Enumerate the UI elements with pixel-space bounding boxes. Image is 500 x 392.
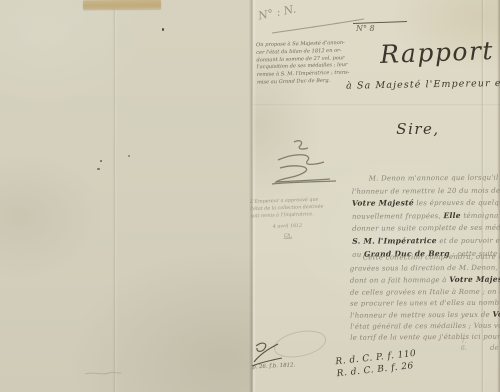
archival-note-flourish bbox=[270, 16, 368, 36]
document-number-text: N° 8 bbox=[356, 24, 375, 33]
line-text: le tarif de la vente que j'établis ici p… bbox=[350, 333, 500, 342]
body-line: Votre Majesté les épreuves de quelques m… bbox=[352, 196, 500, 210]
highlight-votre-majeste: Votre Majesté bbox=[352, 198, 414, 207]
line-text: de celles gravées en Italie à Rome ; on … bbox=[350, 287, 500, 296]
body-paragraph-2: Cette collection comprendra, outre les m… bbox=[350, 251, 500, 344]
pencil-minute-note: L'Empereur a approuvé que l'état de la c… bbox=[250, 196, 325, 241]
margin-abstract: On propose à Sa Majesté d'annon- cer l'é… bbox=[256, 40, 350, 87]
document-number: N° 8 bbox=[356, 16, 375, 35]
body-line: S. M. l'Impératrice et de pourvoir en mê… bbox=[352, 234, 500, 248]
ink-speck bbox=[100, 160, 102, 162]
body-line: dont on a fait hommage à Votre Majesté e… bbox=[350, 274, 500, 288]
folio-marks: 7. 6. bbox=[461, 338, 467, 352]
line-text: se procurer les unes et d'elles au nombr… bbox=[350, 298, 500, 307]
body-line: se procurer les unes et d'elles au nombr… bbox=[350, 297, 500, 310]
body-line: l'honneur de mettre sous les yeux de Vot… bbox=[350, 308, 500, 322]
line-text: témoigna l'intention de bbox=[461, 211, 500, 220]
body-line: l'état général de ces médailles ; Vous v… bbox=[350, 321, 500, 334]
minute-date: 4 avril 1812 bbox=[251, 222, 324, 232]
body-line: nouvellement frappées, Elle témoigna l'i… bbox=[352, 209, 500, 223]
line-text: l'état général de ces médailles ; Vous v… bbox=[350, 322, 500, 331]
line-text: Cette collection comprendra, outre les m… bbox=[363, 252, 500, 261]
salutation: Sire, bbox=[396, 120, 439, 138]
body-line: de celles gravées en Italie à Rome ; on … bbox=[350, 286, 500, 299]
ink-speck bbox=[97, 168, 100, 170]
folio-mark: 6. bbox=[461, 345, 467, 352]
body-line: Cette collection comprendra, outre les m… bbox=[350, 251, 500, 264]
body-paragraph-1: M. Denon m'annonce que lorsqu'il a eu l'… bbox=[352, 171, 500, 261]
line-text: donner une suite complette de ses médail… bbox=[352, 224, 500, 233]
line-text: nouvellement frappées, bbox=[352, 212, 443, 221]
line-text: gravées sous la direction de M. Denon, d… bbox=[350, 264, 500, 273]
body-line: le tarif de la vente que j'établis ici p… bbox=[350, 332, 500, 345]
folio-mark: 7. bbox=[461, 338, 467, 345]
catchword: de bbox=[490, 344, 499, 352]
tape-repair bbox=[83, 0, 161, 9]
manuscript-photo: N° : N. N° 8 On propose à Sa Majesté d'a… bbox=[0, 0, 500, 392]
pencil-apostille-flourish bbox=[266, 138, 346, 190]
highlight-elle: Elle bbox=[443, 211, 460, 220]
highlight-votre-majeste: Votre Majesté bbox=[492, 309, 500, 318]
body-line: l'honneur de remettre le 20 du mois dern… bbox=[352, 184, 500, 198]
line-text: les épreuves de quelques médailles bbox=[414, 199, 500, 208]
report-title: Rapport bbox=[380, 36, 495, 69]
ink-speck bbox=[162, 28, 164, 31]
highlight-imperatrice: S. M. l'Impératrice bbox=[352, 236, 437, 246]
ink-speck bbox=[128, 155, 130, 157]
line-text: dont on a fait hommage à bbox=[350, 276, 449, 285]
body-line: gravées sous la direction de M. Denon, d… bbox=[350, 262, 500, 275]
blank-verso-page bbox=[0, 0, 253, 392]
faint-pencil-smudge bbox=[83, 368, 123, 380]
highlight-votre-majeste: Votre Majesté bbox=[449, 275, 500, 284]
line-text: M. Denon m'annonce que lorsqu'il a eu bbox=[369, 174, 500, 183]
body-line: donner une suite complette de ses médail… bbox=[352, 222, 500, 236]
body-line: M. Denon m'annonce que lorsqu'il a eu bbox=[352, 171, 500, 185]
line-text: l'honneur de remettre le 20 du mois dern… bbox=[352, 186, 500, 195]
line-text: et de pourvoir en même tems bbox=[437, 236, 500, 245]
line-text: l'honneur de mettre sous les yeux de bbox=[350, 311, 492, 320]
